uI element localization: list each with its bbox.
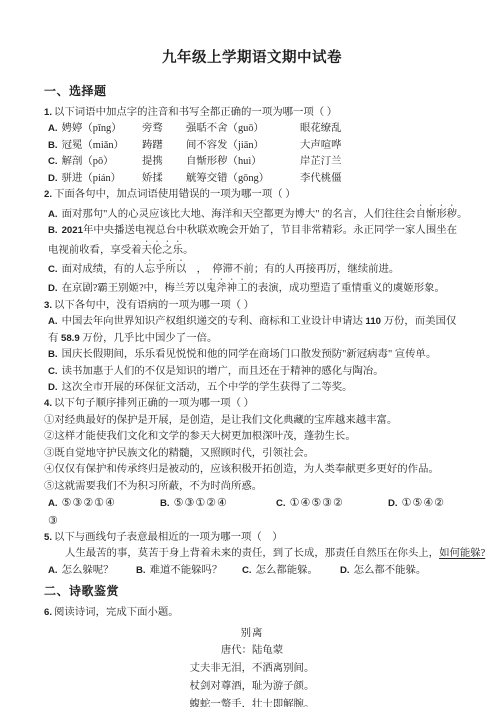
q5-a-label: A. [48, 565, 58, 576]
q4-option-d: D.①⑤④② [388, 495, 460, 512]
q4-c-label: C. [276, 498, 286, 509]
q1-b-word1-text: 冠冕（miǎn） [62, 140, 124, 151]
q2-c-text-end: ， 停滞不前；有的人再接再厉，继续前进。 [186, 264, 399, 275]
q2-number: 2. [44, 189, 52, 200]
q2-d-text-end: 的表演，成功塑造了重情重义的虞姬形象。 [247, 283, 444, 294]
q4-sentence-5: ⑤这就需要我们不为积习所蔽，不为时尚所惑。 [44, 479, 460, 495]
q3-a-text1: 中国去年向世界知识产权组织递交的专利、商标和工业设计申请达 [62, 316, 366, 327]
q2-c-label: C. [48, 264, 58, 275]
q2-d-text: 在京剧?霸王别姬?中，梅兰芳以 [62, 283, 206, 294]
q4-d-sequence: ①⑤④② [402, 497, 445, 509]
q1-b-word2: 踌躇 [142, 138, 174, 154]
q3-a-text3: 万份，几乎比中国少了一倍。 [80, 333, 218, 344]
q4-stem-text: 以下句子顺序排列正确的一项为哪一项（ ） [54, 398, 254, 409]
q2-b-year: 2021 [62, 225, 83, 236]
q3-a-number2: 58.9 [61, 333, 80, 344]
q5-underlined-phrase: 如何能躲? [439, 548, 485, 559]
q3-b-text: 国庆长假期间，乐乐看见悦悦和他的同学在商场门口散发预防"新冠病毒" 宣传单。 [62, 349, 437, 360]
q4-b-sequence: ⑤③①②④ [174, 497, 228, 509]
q2-a-emphasized-idiom: 自惭形秽 [416, 209, 458, 220]
q1-d-word3: 觥筹交错（gōng） [186, 171, 288, 187]
q5-c-text: 怎么都能躲。 [256, 565, 318, 576]
q4-c-sequence: ①④⑤③② [290, 497, 344, 509]
q5-stem-text: 以下与画线句子表意最相近的一项为哪一项（ ） [54, 532, 283, 543]
q2-b-label: B. [48, 225, 58, 236]
q1-a-word1-text: 娉婷（pīng） [62, 123, 122, 134]
q2-d-label: D. [48, 283, 58, 294]
q1-a-word3: 强聒不舍（guō） [186, 121, 288, 137]
q3-option-b: B.国庆长假期间，乐乐看见悦悦和他的同学在商场门口散发预防"新冠病毒" 宣传单。 [44, 347, 460, 363]
q2-a-text-end: 。 [457, 209, 467, 220]
q2-d-emphasized-idiom: 鬼斧神工 [206, 283, 248, 294]
q4-b-label: B. [160, 498, 170, 509]
q1-c-word3: 自惭形秽（huì） [186, 154, 288, 170]
q2-option-a: A.面对那句"人的心灵应该比大地、海洋和天空都更为博大" 的名言，人们往往会自惭… [44, 204, 460, 223]
q3-c-label: C. [48, 366, 58, 377]
q2-b-text: 年中央播送电视总台中秋联欢晚会开始了，节目非常精彩。永正同学一家人围坐在电视前收… [48, 225, 457, 255]
q3-d-text: 这次全市开展的环保征文活动，五个中学的学生获得了二等奖。 [62, 382, 353, 393]
q5-option-c: C.怎么都能躲。 [242, 563, 340, 579]
q5-stem: 5.以下与画线句子表意最相近的一项为哪一项（ ） [44, 530, 460, 546]
q4-option-a: A.⑤③②①④ [48, 495, 160, 512]
q2-a-text: 面对那句"人的心灵应该比大地、海洋和天空都更为博大" 的名言，人们往往会 [62, 209, 416, 220]
poem-line-3: 蝮蛇一螫手，壮士即解腕。 [44, 697, 460, 707]
q4-sentence-3: ③既自觉地守护民族文化的精髓，又照顾时代，引领社会。 [44, 446, 460, 462]
q4-a-label: A. [48, 498, 58, 509]
q6-number: 6. [44, 607, 52, 618]
q5-option-b: B.难道不能躲吗？ [136, 563, 242, 579]
q5-answer-row: A.怎么躲呢？ B.难道不能躲吗？ C.怎么都能躲。 D.怎么都不能躲。 [44, 563, 460, 579]
q5-option-d: D.怎么都不能躲。 [340, 563, 460, 579]
q1-c-label: C. [48, 156, 58, 167]
q1-a-word4: 眼花缭乱 [300, 121, 460, 137]
question-1: 1.以下词语中加点字的注音和书写全都正确的一项为哪一项（ ） A.娉婷（pīng… [44, 105, 460, 187]
section-heading-poetry: 二、诗歌鉴赏 [44, 582, 460, 599]
q3-b-label: B. [48, 349, 58, 360]
q2-b-emphasized-idiom: 天伦之乐 [142, 245, 184, 256]
q1-a-word2: 旁骛 [142, 121, 174, 137]
q2-c-emphasized-idiom: 忘乎所以 [145, 264, 187, 275]
q3-c-text: 读书加惠于人们的不仅是知识的增广，而且还在于精神的感化与陶冶。 [62, 366, 384, 377]
q1-stem-text: 以下词语中加点字的注音和书写全都正确的一项为哪一项（ ） [54, 107, 337, 118]
q1-option-b: B.冠冕（miǎn） 踌躇 间不容发（jiān） 大声喧哗 [44, 138, 460, 154]
q3-option-c: C.读书加惠于人们的不仅是知识的增广，而且还在于精神的感化与陶冶。 [44, 364, 460, 380]
q1-b-word1: B.冠冕（miǎn） [48, 138, 130, 154]
q2-stem-text: 下面各句中，加点词语使用错误的一项为哪一项（ ） [54, 189, 296, 200]
q2-a-label: A. [48, 209, 58, 220]
poem-line-2: 杖剑对尊酒，耻为游子颜。 [44, 679, 460, 695]
q1-number: 1. [44, 107, 52, 118]
q1-c-word1: C.解剖（pō） [48, 154, 130, 170]
q1-option-a: A.娉婷（pīng） 旁骛 强聒不舍（guō） 眼花缭乱 [44, 121, 460, 137]
q1-d-word1-text: 骈进（pián） [62, 173, 121, 184]
question-6: 6.阅读诗词，完成下面小题。 别离 唐代：陆龟蒙 丈夫非无泪，不洒离别间。 杖剑… [44, 605, 460, 707]
q5-c-label: C. [242, 565, 252, 576]
q1-a-label: A. [48, 123, 58, 134]
q3-stem: 3.以下各句中，没有语病的一项为哪一项（ ） [44, 298, 460, 314]
q1-d-word1: D.骈进（pián） [48, 171, 130, 187]
q1-a-word1: A.娉婷（pīng） [48, 121, 130, 137]
q5-option-a: A.怎么躲呢？ [48, 563, 136, 579]
q4-option-c: C.①④⑤③② [276, 495, 388, 512]
q3-option-d: D.这次全市开展的环保征文活动，五个中学的学生获得了二等奖。 [44, 380, 460, 396]
q5-d-label: D. [340, 565, 350, 576]
page-title: 九年级上学期语文期中试卷 [44, 46, 460, 67]
q2-option-c: C.面对成绩，有的人忘乎所以 ， 停滞不前；有的人再接再厉，继续前进。 [44, 259, 460, 278]
q4-d-label: D. [388, 498, 398, 509]
q6-stem-text: 阅读诗词，完成下面小题。 [54, 607, 179, 618]
q2-stem: 2.下面各句中，加点词语使用错误的一项为哪一项（ ） [44, 187, 460, 203]
exam-paper: 九年级上学期语文期中试卷 一、选择题 1.以下词语中加点字的注音和书写全都正确的… [0, 0, 500, 707]
q1-c-word2: 提携 [142, 154, 174, 170]
poem-title: 别离 [44, 626, 460, 642]
q1-d-word4: 李代桃僵 [300, 171, 460, 187]
q3-d-label: D. [48, 382, 58, 393]
q4-option-b: B.⑤③①②④ [160, 495, 276, 512]
question-4: 4.以下句子顺序排列正确的一项为哪一项（ ） ①对经典最好的保护是开展，是创造，… [44, 396, 460, 529]
q4-sentence-2: ②这样才能使我们文化和文学的参天大树更加根深叶茂，蓬勃生长。 [44, 429, 460, 445]
q3-stem-text: 以下各句中，没有语病的一项为哪一项（ ） [54, 300, 254, 311]
q5-a-text: 怎么躲呢？ [62, 565, 114, 576]
q5-b-label: B. [136, 565, 146, 576]
question-5: 5.以下与画线句子表意最相近的一项为哪一项（ ） 人生最苦的事，莫苦于身上背着未… [44, 530, 460, 579]
q3-a-number1: 110 [366, 316, 381, 327]
q2-option-b: B.2021年中央播送电视总台中秋联欢晚会开始了，节目非常精彩。永正同学一家人围… [44, 223, 460, 259]
q6-stem: 6.阅读诗词，完成下面小题。 [44, 605, 460, 621]
q2-b-text-end: 。 [183, 245, 193, 256]
question-3: 3.以下各句中，没有语病的一项为哪一项（ ） A.中国去年向世界知识产权组织递交… [44, 298, 460, 397]
q1-b-label: B. [48, 140, 58, 151]
q1-b-word4: 大声喧哗 [300, 138, 460, 154]
q4-number: 4. [44, 398, 52, 409]
q5-d-text: 怎么都不能躲。 [354, 565, 427, 576]
q4-a-sequence: ⑤③②①④ [62, 497, 116, 509]
q1-c-word4: 岸芷汀兰 [300, 154, 460, 170]
poem-author: 唐代：陆龟蒙 [44, 643, 460, 659]
q3-number: 3. [44, 300, 52, 311]
poem-line-1: 丈夫非无泪，不洒离别间。 [44, 661, 460, 677]
q1-c-word1-text: 解剖（pō） [62, 156, 114, 167]
q1-d-word2: 娇揉 [142, 171, 174, 187]
q5-number: 5. [44, 532, 52, 543]
poem: 别离 唐代：陆龟蒙 丈夫非无泪，不洒离别间。 杖剑对尊酒，耻为游子颜。 蝮蛇一螫… [44, 626, 460, 707]
section-heading-choice: 一、选择题 [44, 82, 460, 99]
q5-b-text: 难道不能躲吗？ [150, 565, 223, 576]
q4-stem: 4.以下句子顺序排列正确的一项为哪一项（ ） [44, 396, 460, 412]
q2-c-text: 面对成绩，有的人 [62, 264, 145, 275]
q4-d-sequence-overflow: ③ [44, 513, 460, 530]
question-2: 2.下面各句中，加点词语使用错误的一项为哪一项（ ） A.面对那句"人的心灵应该… [44, 187, 460, 298]
q3-option-a: A.中国去年向世界知识产权组织递交的专利、商标和工业设计申请达 110 万份，而… [44, 314, 460, 347]
q4-answer-row: A.⑤③②①④ B.⑤③①②④ C.①④⑤③② D.①⑤④② [44, 495, 460, 512]
q1-option-d: D.骈进（pián） 娇揉 觥筹交错（gōng） 李代桃僵 [44, 171, 460, 187]
q1-b-word3: 间不容发（jiān） [186, 138, 288, 154]
q1-d-label: D. [48, 173, 58, 184]
q2-option-d: D.在京剧?霸王别姬?中，梅兰芳以鬼斧神工的表演，成功塑造了重情重义的虞姬形象。 [44, 278, 460, 297]
q5-passage: 人生最苦的事，莫苦于身上背着未来的责任，到了长成，那责任自然压在你头上，如何能躲… [44, 546, 460, 562]
q4-sentence-1: ①对经典最好的保护是开展，是创造，是让我们文化典藏的宝库越来越丰富。 [44, 413, 460, 429]
q1-option-c: C.解剖（pō） 提携 自惭形秽（huì） 岸芷汀兰 [44, 154, 460, 170]
q3-a-label: A. [48, 316, 58, 327]
q5-passage-text: 人生最苦的事，莫苦于身上背着未来的责任，到了长成，那责任自然压在你头上， [65, 548, 439, 559]
q4-sentence-4: ④仅仅有保护和传承终归是被动的，应该积极开拓创造，为人类奉献更多更好的作品。 [44, 462, 460, 478]
q1-stem: 1.以下词语中加点字的注音和书写全都正确的一项为哪一项（ ） [44, 105, 460, 121]
